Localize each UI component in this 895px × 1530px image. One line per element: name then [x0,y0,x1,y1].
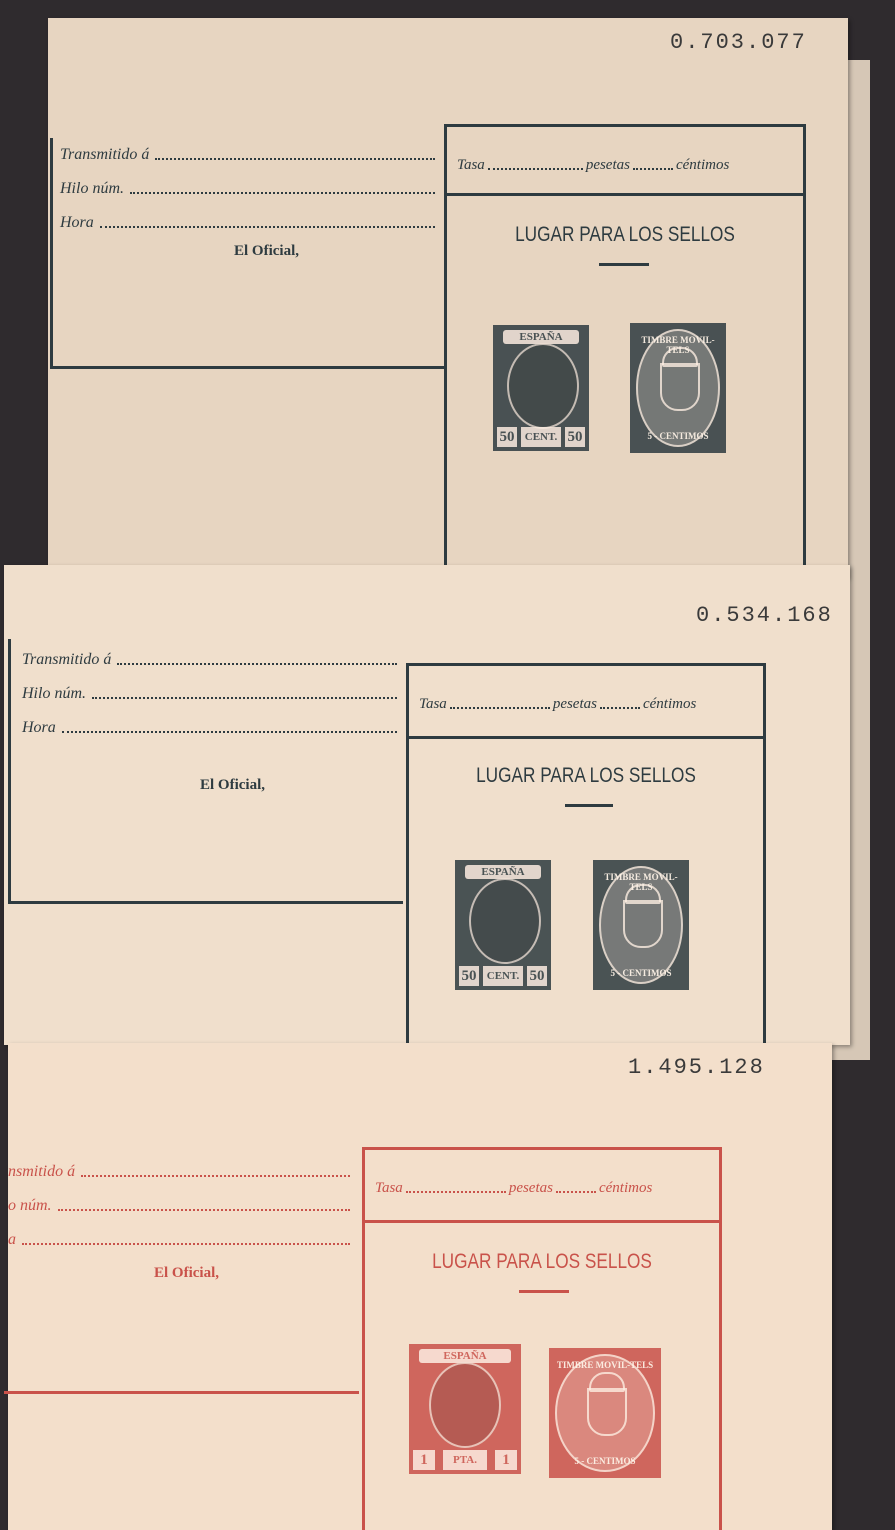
title-rule [519,1290,569,1293]
coat-of-arms-icon [660,363,700,411]
timbre-stamp: TIMBRE MOVIL-TELS 5 - CENTIMOS [593,860,689,990]
tasa-line: Tasapesetascéntimos [375,1180,713,1197]
king-stamp: ESPAÑA 50 CENT. 50 [455,860,551,990]
tasa-line: Tasapesetascéntimos [457,157,797,174]
signature-label: El Oficial, [154,1265,219,1282]
field-transmitido: Transmitido á [60,146,435,164]
field-hilo: o núm. [8,1197,350,1215]
stamp-area: Tasapesetascéntimos LUGAR PARA LOS SELLO… [444,124,806,581]
king-stamp: ESPAÑA 50 CENT. 50 [493,325,589,451]
telegram-form-3: 1.495.128 nsmitido á o núm. a El Oficial… [8,1043,832,1530]
stamp-area: Tasapesetascéntimos LUGAR PARA LOS SELLO… [406,663,766,1048]
coat-of-arms-icon [623,900,663,948]
separator [409,736,763,739]
field-transmitido: Transmitido á [22,651,397,669]
title-rule [599,263,649,266]
signature-label: El Oficial, [234,243,299,260]
serial-number: 0.534.168 [696,603,833,628]
stamp-area-title: LUGAR PARA LOS SELLOS [441,764,731,788]
field-hora: Hora [60,214,435,232]
portrait-icon [507,343,579,429]
field-hilo: Hilo núm. [60,180,435,198]
coat-of-arms-icon [587,1388,627,1436]
stamp-area: Tasapesetascéntimos LUGAR PARA LOS SELLO… [362,1147,722,1530]
telegram-form-2: 0.534.168 Transmitido á Hilo núm. Hora E… [4,565,850,1045]
field-hilo: Hilo núm. [22,685,397,703]
stamp-area-title: LUGAR PARA LOS SELLOS [397,1250,687,1274]
portrait-icon [469,878,541,964]
timbre-stamp: TIMBRE MOVIL-TELS 5 - CENTIMOS [549,1348,661,1478]
serial-number: 1.495.128 [628,1055,765,1080]
serial-number: 0.703.077 [670,30,807,55]
king-stamp: ESPAÑA 1 PTA. 1 [409,1344,521,1474]
field-hora: Hora [22,719,397,737]
telegram-form-1: 0.703.077 Transmitido á Hilo núm. Hora E… [48,18,848,578]
tasa-line: Tasapesetascéntimos [419,696,757,713]
title-rule [565,804,613,807]
transmission-box [8,639,403,904]
stamp-area-title: LUGAR PARA LOS SELLOS [479,223,771,247]
portrait-icon [429,1362,501,1448]
separator [447,193,803,196]
timbre-stamp: TIMBRE MOVIL-TELS 5 - CENTIMOS [630,323,726,453]
separator [365,1220,719,1223]
field-hora: a [8,1231,350,1249]
field-transmitido: nsmitido á [8,1163,350,1181]
signature-label: El Oficial, [200,777,265,794]
